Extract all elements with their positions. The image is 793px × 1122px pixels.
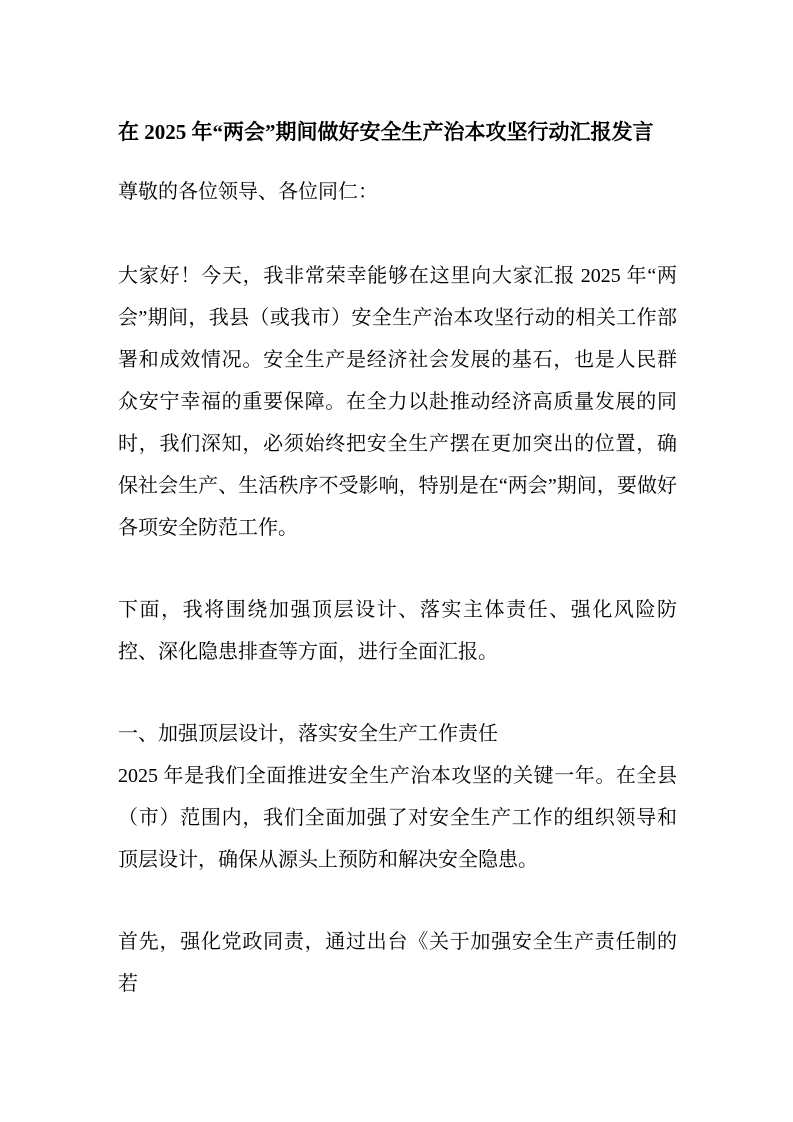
- salutation-line: 尊敬的各位领导、各位同仁：: [118, 171, 677, 213]
- section1-paragraph: 2025 年是我们全面推进安全生产治本攻坚的关键一年。在全县（市）范围内，我们全…: [118, 755, 677, 881]
- overview-paragraph: 下面，我将围绕加强顶层设计、落实主体责任、强化风险防控、深化隐患排查等方面，进行…: [118, 589, 677, 673]
- intro-paragraph: 大家好！今天，我非常荣幸能够在这里向大家汇报 2025 年“两会”期间，我县（或…: [118, 255, 677, 549]
- section1-heading: 一、加强顶层设计，落实安全生产工作责任: [118, 713, 677, 755]
- document-page: 在 2025 年“两会”期间做好安全生产治本攻坚行动汇报发言 尊敬的各位领导、各…: [0, 0, 793, 1122]
- section1-paragraph-continued: 首先，强化党政同责，通过出台《关于加强安全生产责任制的若: [118, 921, 677, 1005]
- page-title: 在 2025 年“两会”期间做好安全生产治本攻坚行动汇报发言: [118, 112, 677, 152]
